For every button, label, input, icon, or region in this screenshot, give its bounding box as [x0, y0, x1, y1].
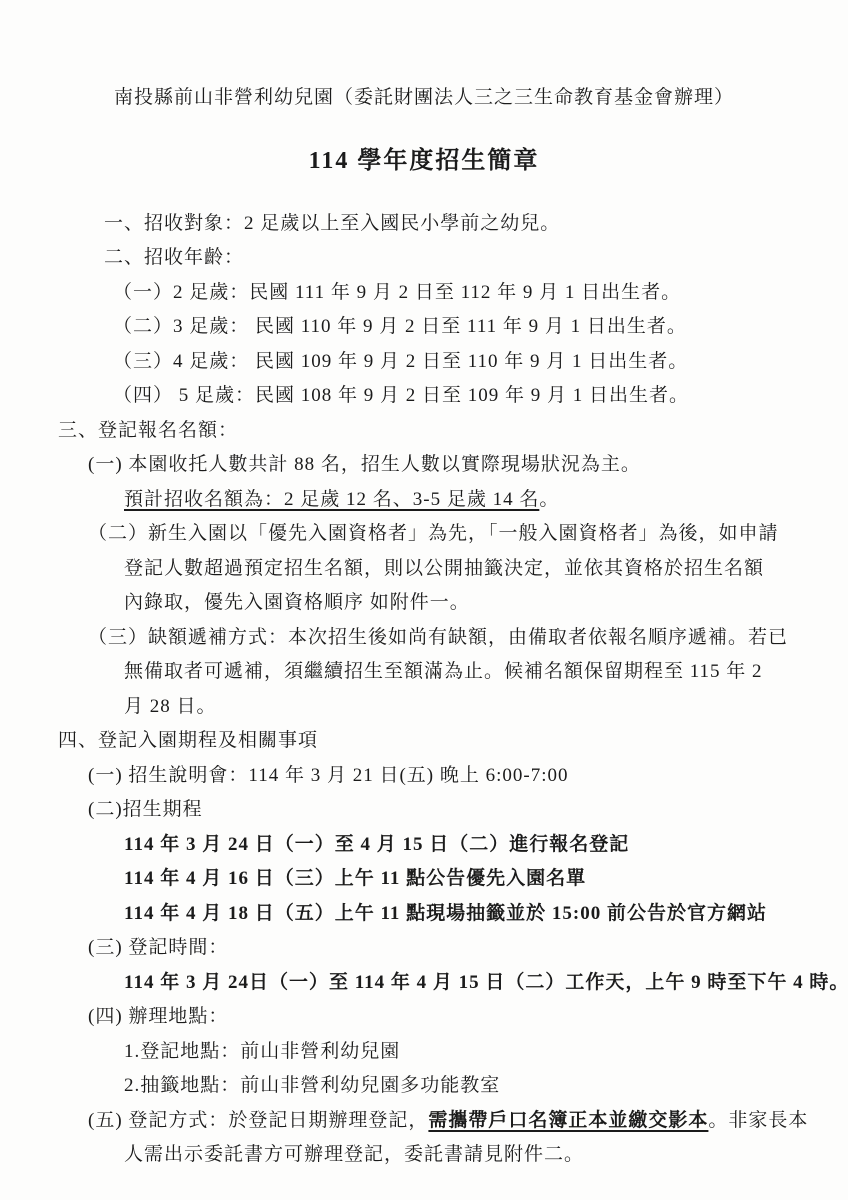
emphasized-text: 需攜帶戶口名簿正本並繳交影本 [428, 1105, 708, 1132]
document-line: (一) 本園收托人數共計 88 名，招生人數以實際現場狀況為主。 [0, 446, 848, 481]
line-text: (三) 登記時間： [88, 932, 228, 959]
document-line: 114 年 3 月 24日（一）至 114 年 4 月 15 日（二）工作天，上… [0, 963, 848, 998]
line-text: 114 年 4 月 18 日（五）上午 11 點現場抽籤並於 15:00 前公告… [124, 898, 767, 925]
document-line: (三) 登記時間： [0, 929, 848, 964]
line-text: (四) 辦理地點： [88, 1001, 228, 1028]
line-text: （一）2 足歲：民國 111 年 9 月 2 日至 112 年 9 月 1 日出… [113, 277, 681, 304]
document-line: （三）4 足歲： 民國 109 年 9 月 2 日至 110 年 9 月 1 日… [0, 342, 848, 377]
document-line: 一、招收對象：2 足歲以上至入國民小學前之幼兒。 [0, 204, 848, 239]
document-line: 內錄取，優先入園資格順序 如附件一。 [0, 584, 848, 619]
line-text: (五) 登記方式：於登記日期辦理登記， [88, 1105, 428, 1132]
document-line: 四、登記入園期程及相關事項 [0, 722, 848, 757]
line-text: 月 28 日。 [124, 691, 217, 718]
document-line: （二）新生入園以「優先入園資格者」為先，「一般入園資格者」為後，如申請 [0, 515, 848, 550]
document-line: 人需出示委託書方可辦理登記，委託書請見附件二。 [0, 1136, 848, 1171]
line-text: 登記人數超過預定招生名額，則以公開抽籤決定，並依其資格於招生名額 [124, 553, 764, 580]
line-text: （三）4 足歲： 民國 109 年 9 月 2 日至 110 年 9 月 1 日… [113, 346, 688, 373]
document-line: （三）缺額遞補方式：本次招生後如尚有缺額，由備取者依報名順序遞補。若已 [0, 618, 848, 653]
line-text: （四） 5 足歲：民國 108 年 9 月 2 日至 109 年 9 月 1 日… [113, 380, 689, 407]
document-line: 114 年 3 月 24 日（一）至 4 月 15 日（二）進行報名登記 [0, 825, 848, 860]
line-text: 二、招收年齡： [104, 242, 244, 269]
document-line: (五) 登記方式：於登記日期辦理登記，需攜帶戶口名簿正本並繳交影本。非家長本 [0, 1101, 848, 1136]
line-text: 114 年 3 月 24 日（一）至 4 月 15 日（二）進行報名登記 [124, 829, 629, 856]
document-line: 114 年 4 月 16 日（三）上午 11 點公告優先入園名單 [0, 860, 848, 895]
line-text: 三、登記報名名額： [58, 415, 238, 442]
line-text: 。 [539, 484, 559, 511]
document-line: (四) 辦理地點： [0, 998, 848, 1033]
document-title: 114 學年度招生簡章 [0, 144, 848, 178]
document-line: （一）2 足歲：民國 111 年 9 月 2 日至 112 年 9 月 1 日出… [0, 273, 848, 308]
line-text: （三）缺額遞補方式：本次招生後如尚有缺額，由備取者依報名順序遞補。若已 [88, 622, 788, 649]
organization-header: 南投縣前山非營利幼兒園（委託財團法人三之三生命教育基金會辦理） [0, 86, 848, 110]
document-line: 三、登記報名名額： [0, 411, 848, 446]
line-text: （二）新生入園以「優先入園資格者」為先，「一般入園資格者」為後，如申請 [88, 518, 779, 545]
line-text: 114 年 3 月 24日（一）至 114 年 4 月 15 日（二）工作天，上… [124, 967, 848, 994]
line-text: 無備取者可遞補，須繼續招生至額滿為止。候補名額保留期程至 115 年 2 [124, 656, 763, 683]
document-page: 南投縣前山非營利幼兒園（委託財團法人三之三生命教育基金會辦理） 114 學年度招… [0, 0, 848, 1200]
line-text: (一) 招生說明會：114 年 3 月 21 日(五) 晚上 6:00-7:00 [88, 760, 569, 787]
emphasized-text: 預計招收名額為：2 足歲 12 名、3-5 足歲 14 名 [124, 484, 539, 511]
document-content: 南投縣前山非營利幼兒園（委託財團法人三之三生命教育基金會辦理） 114 學年度招… [0, 0, 848, 1170]
line-text: 內錄取，優先入園資格順序 如附件一。 [124, 587, 470, 614]
document-line: 月 28 日。 [0, 687, 848, 722]
line-text: 114 年 4 月 16 日（三）上午 11 點公告優先入園名單 [124, 863, 586, 890]
document-body: 一、招收對象：2 足歲以上至入國民小學前之幼兒。二、招收年齡：（一）2 足歲：民… [0, 204, 848, 1170]
line-text: （二）3 足歲： 民國 110 年 9 月 2 日至 111 年 9 月 1 日… [113, 311, 687, 338]
document-line: （四） 5 足歲：民國 108 年 9 月 2 日至 109 年 9 月 1 日… [0, 377, 848, 412]
document-line: 1.登記地點：前山非營利幼兒園 [0, 1032, 848, 1067]
line-text: 2.抽籤地點：前山非營利幼兒園多功能教室 [124, 1070, 500, 1097]
line-text: 四、登記入園期程及相關事項 [58, 725, 318, 752]
line-text: 一、招收對象：2 足歲以上至入國民小學前之幼兒。 [104, 208, 560, 235]
document-line: 2.抽籤地點：前山非營利幼兒園多功能教室 [0, 1067, 848, 1102]
document-line: 114 年 4 月 18 日（五）上午 11 點現場抽籤並於 15:00 前公告… [0, 894, 848, 929]
document-line: 無備取者可遞補，須繼續招生至額滿為止。候補名額保留期程至 115 年 2 [0, 653, 848, 688]
line-text: 。非家長本 [708, 1105, 808, 1132]
line-text: (一) 本園收托人數共計 88 名，招生人數以實際現場狀況為主。 [88, 449, 641, 476]
document-line: 登記人數超過預定招生名額，則以公開抽籤決定，並依其資格於招生名額 [0, 549, 848, 584]
document-line: (二)招生期程 [0, 791, 848, 826]
document-line: （二）3 足歲： 民國 110 年 9 月 2 日至 111 年 9 月 1 日… [0, 308, 848, 343]
document-line: (一) 招生說明會：114 年 3 月 21 日(五) 晚上 6:00-7:00 [0, 756, 848, 791]
line-text: (二)招生期程 [88, 794, 203, 821]
line-text: 人需出示委託書方可辦理登記，委託書請見附件二。 [124, 1139, 584, 1166]
document-line: 預計招收名額為：2 足歲 12 名、3-5 足歲 14 名。 [0, 480, 848, 515]
line-text: 1.登記地點：前山非營利幼兒園 [124, 1036, 400, 1063]
document-line: 二、招收年齡： [0, 239, 848, 274]
